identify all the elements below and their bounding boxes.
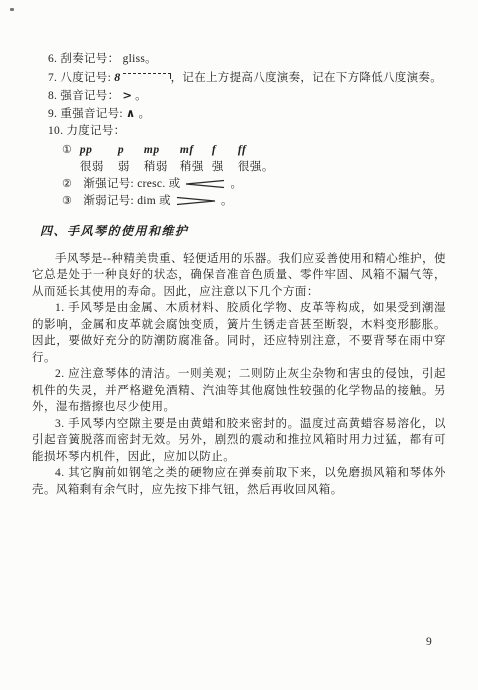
item-number: 9. (48, 106, 57, 124)
circled-one: ① (62, 142, 72, 159)
accent-mark-icon: > (119, 88, 135, 102)
item-tail: 。 (139, 108, 151, 120)
dynamic-mark: f (212, 142, 238, 159)
section-body: 手风琴是--种精美贵重、轻便适用的乐器。我们应妥善使用和精心维护，使它总是处于一… (32, 251, 446, 499)
list-item-10: 10. 力度记号： (48, 123, 446, 141)
item-text: 刮奏记号： gliss。 (57, 53, 157, 65)
point-paragraph-2: 2. 应注意琴体的清洁。一则美观；二则防止灰尘杂物和害虫的侵蚀，引起机件的失灵，… (32, 366, 446, 416)
dynamic-mark: mp (144, 142, 180, 159)
marcato-mark-icon: ∧ (123, 108, 139, 120)
crescendo-label: 渐强记号: cresc. 或 (80, 178, 180, 190)
notation-list: 6. 刮奏记号： gliss。 7. 八度记号: 8，记在上方提高八度演奏，记在… (48, 51, 446, 141)
item-number: 8. (48, 88, 57, 106)
dynamic-label-cn: 很强。 (238, 159, 280, 176)
dynamic-label-cn: 稍强 (180, 159, 212, 176)
item-number: 6. (48, 51, 57, 69)
scan-artifact-speck (10, 8, 14, 11)
item-label: 八度记号: (57, 72, 111, 84)
dynamic-mark: pp (80, 142, 118, 159)
dynamics-table: ① pp p mp mf f ff 很弱 弱 稍弱 稍强 强 很强。 (62, 142, 446, 176)
intro-paragraph: 手风琴是--种精美贵重、轻便适用的乐器。我们应妥善使用和精心维护，使它总是处于一… (32, 251, 446, 301)
item-number: 7. (48, 70, 57, 88)
section-heading: 四、手风琴的使用和维护 (40, 222, 446, 240)
crescendo-tail: 。 (230, 178, 242, 190)
diminuendo-tail: 。 (221, 195, 233, 207)
dynamic-label-cn: 强 (212, 159, 238, 176)
item-label: 重强音记号: (57, 108, 123, 120)
circled-three: ③ (62, 193, 72, 210)
dynamic-mark: p (118, 142, 144, 159)
decrescendo-hairpin-icon (175, 196, 217, 206)
scanned-book-page: 6. 刮奏记号： gliss。 7. 八度记号: 8，记在上方提高八度演奏，记在… (0, 0, 478, 690)
point-paragraph-3: 3. 手风琴内空隙主要是由黄蜡和胶来密封的。温度过高黄蜡容易溶化，以引起音簧脱落… (32, 416, 446, 466)
point-paragraph-4: 4. 其它胸前如钢笔之类的硬物应在弹奏前取下来，以免磨损风箱和琴体外壳。风箱剩有… (32, 465, 446, 498)
octave-dashed-line-icon (123, 72, 171, 80)
dynamic-mark: ff (238, 142, 280, 159)
diminuendo-label: 渐弱记号: dim 或 (80, 195, 171, 207)
octave-8-glyph: 8 (114, 70, 122, 84)
page-number: 9 (426, 636, 432, 648)
list-item-8: 8. 强音记号：>。 (48, 87, 446, 106)
circled-two: ② (62, 176, 72, 193)
dynamic-label-cn: 弱 (118, 159, 144, 176)
item-text: ，记在上方提高八度演奏，记在下方降低八度演奏。 (171, 72, 442, 84)
list-item-9: 9. 重强音记号:∧。 (48, 106, 446, 124)
item-tail: 。 (135, 90, 147, 102)
list-item-7: 7. 八度记号: 8，记在上方提高八度演奏，记在下方降低八度演奏。 (48, 69, 446, 88)
item-text: 力度记号： (63, 125, 125, 137)
dynamic-label-cn: 很弱 (80, 159, 118, 176)
crescendo-hairpin-icon (184, 179, 226, 189)
item-label: 强音记号： (57, 90, 119, 102)
item-number: 10. (48, 123, 63, 141)
crescendo-row: ② 渐强记号: cresc. 或。 (62, 176, 446, 194)
list-item-6: 6. 刮奏记号： gliss。 (48, 51, 446, 69)
point-paragraph-1: 1. 手风琴是由金属、木质材料、胶质化学物、皮革等构成，如果受到潮湿的影响，金属… (32, 300, 446, 366)
dynamics-grid: pp p mp mf f ff 很弱 弱 稍弱 稍强 强 很强。 (80, 142, 280, 176)
dynamic-mark: mf (180, 142, 212, 159)
dynamic-label-cn: 稍弱 (144, 159, 180, 176)
diminuendo-row: ③ 渐弱记号: dim 或。 (62, 193, 446, 211)
